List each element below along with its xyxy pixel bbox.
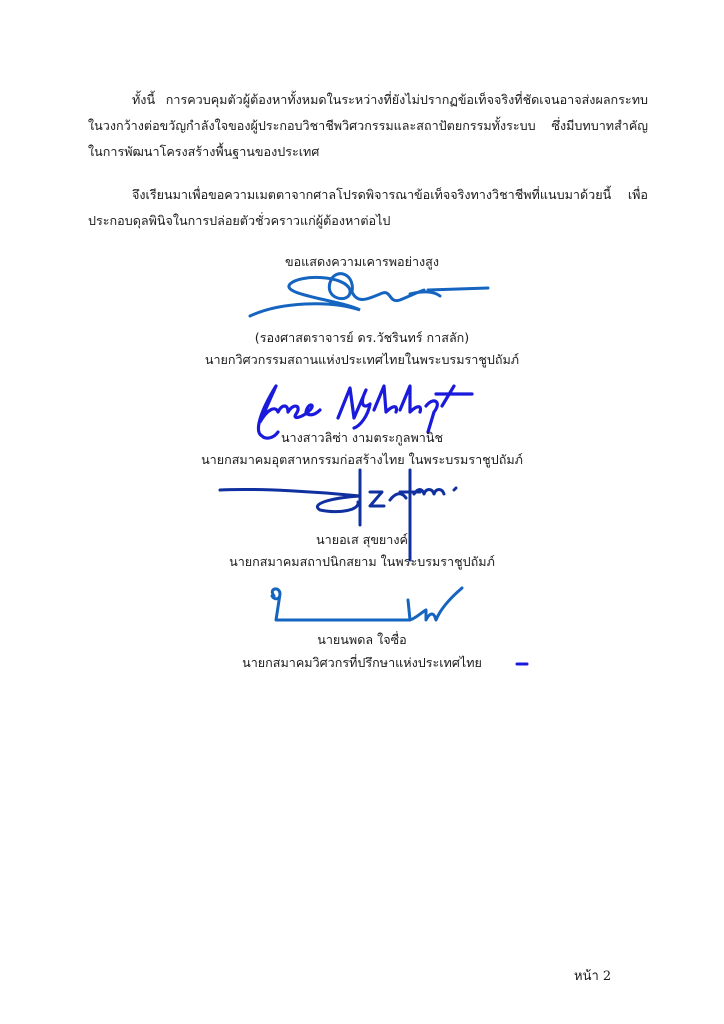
signatory-4-title: นายกสมาคมวิศวกรที่ปรึกษาแห่งประเทศไทย bbox=[0, 653, 724, 673]
paragraph-text: ทั้งนี้ การควบคุมตัวผู้ต้องหาทั้งหมดในระ… bbox=[88, 92, 648, 159]
page-number: หน้า 2 bbox=[574, 965, 611, 986]
signatory-1-title: นายกวิศวกรรมสถานแห่งประเทศไทยในพระบรมราช… bbox=[0, 350, 724, 370]
signatory-2-title: นายกสมาคมอุตสาหกรรมก่อสร้างไทย ในพระบรมร… bbox=[0, 450, 724, 470]
body-paragraph-1: ทั้งนี้ การควบคุมตัวผู้ต้องหาทั้งหมดในระ… bbox=[88, 87, 648, 165]
signatory-3-name: นายอเส สุขยางค์ bbox=[0, 530, 724, 550]
ink-mark bbox=[515, 660, 529, 668]
paragraph-text: จึงเรียนมาเพื่อขอความเมตตาจากศาลโปรดพิจา… bbox=[88, 187, 648, 228]
signature-4 bbox=[260, 586, 480, 636]
signatory-1-name: (รองศาสตราจารย์ ดร.วัชรินทร์ กาสลัก) bbox=[0, 328, 724, 348]
closing-salutation: ขอแสดงความเคารพอย่างสูง bbox=[0, 252, 724, 272]
signature-1 bbox=[220, 270, 510, 330]
signatory-2-name: นางสาวลิซ่า งามตระกูลพานิช bbox=[0, 428, 724, 448]
signatory-4-name: นายนพดล ใจซื่อ bbox=[0, 630, 724, 650]
body-paragraph-2: จึงเรียนมาเพื่อขอความเมตตาจากศาลโปรดพิจา… bbox=[88, 182, 648, 234]
signatory-3-title: นายกสมาคมสถาปนิกสยาม ในพระบรมราชูปถัมภ์ bbox=[0, 552, 724, 572]
